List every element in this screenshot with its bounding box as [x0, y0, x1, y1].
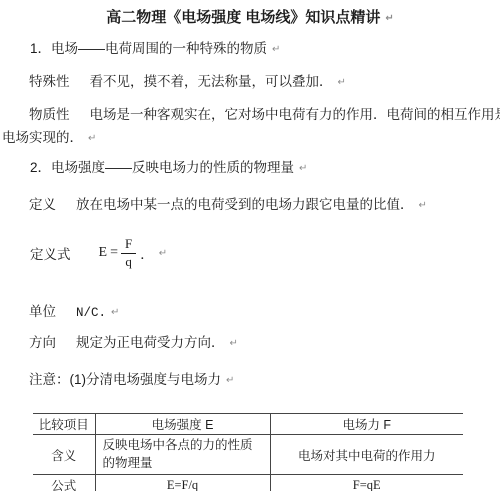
formula-label: 定义式 [30, 243, 71, 263]
row-formula-label: 公式 [33, 475, 95, 491]
unit-value: N/C. [76, 306, 106, 320]
paragraph-mark: ↵ [338, 77, 346, 88]
material-property-text: 电场是一种客观实在，它对场中电荷有力的作用．电荷间的相互作用是通过 [90, 107, 500, 122]
formula-lhs: E [99, 245, 108, 261]
paragraph-mark: ↵ [385, 13, 393, 24]
row-formula-f: F=qE [270, 475, 463, 491]
paragraph-mark: ↵ [111, 307, 119, 318]
paragraph-mark: ↵ [419, 200, 427, 211]
page-title: 高二物理《电场强度 电场线》知识点精讲↵ [0, 6, 500, 27]
document-page: 高二物理《电场强度 电场线》知识点精讲↵ 1．电场——电荷周围的一种特殊的物质↵… [0, 0, 500, 491]
paragraph-mark: ↵ [299, 163, 307, 174]
row-formula-e: E=F/q [95, 475, 270, 491]
material-property-label: 物质性 [29, 103, 70, 123]
equals-sign: = [110, 245, 118, 261]
fraction-denominator: q [121, 254, 136, 270]
definition-label: 定义 [29, 193, 56, 213]
fraction-numerator: F [121, 237, 136, 254]
special-property-text: 看不见，摸不着，无法称量，可以叠加． [90, 74, 333, 89]
table-header-row: 比较项目 电场强度 E 电场力 F [33, 414, 463, 435]
list-item-1: 1．电场——电荷周围的一种特殊的物质↵ [30, 37, 280, 57]
page-title-text: 高二物理《电场强度 电场线》知识点精讲 [106, 9, 380, 26]
paragraph-mark: ↵ [230, 338, 238, 349]
material-property-continuation: 电场实现的．↵ [2, 126, 96, 146]
special-property-label: 特殊性 [29, 70, 70, 90]
paragraph-mark: ↵ [226, 375, 234, 386]
material-property-cont-text: 电场实现的． [2, 130, 83, 145]
note-text: 注意：(1)分清电场强度与电场力 [29, 372, 221, 387]
direction-label: 方向 [29, 331, 56, 351]
row-meaning-f: 电场对其中电荷的作用力 [270, 435, 463, 475]
fraction: Fq [121, 237, 136, 270]
row-meaning-e: 反映电场中各点的力的性质的物理量 [95, 435, 270, 475]
paragraph-mark: ↵ [159, 248, 167, 259]
list-item-2: 2．电场强度——反映电场力的性质的物理量↵ [30, 156, 307, 176]
paragraph-mark: ↵ [272, 44, 280, 55]
unit-line: 单位N/C.↵ [29, 300, 119, 320]
definition-line: 定义放在电场中某一点的电荷受到的电场力跟它电量的比值．↵ [29, 193, 427, 213]
header-field-force: 电场力 F [270, 414, 463, 435]
direction-line: 方向规定为正电荷受力方向．↵ [29, 331, 238, 351]
header-compare-item: 比较项目 [33, 414, 95, 435]
list-item-1-text: 1．电场——电荷周围的一种特殊的物质 [30, 41, 267, 56]
formula-line: 定义式 E = Fq ． ↵ [30, 237, 167, 270]
formula-period: ． [140, 243, 154, 263]
list-item-2-text: 2．电场强度——反映电场力的性质的物理量 [30, 160, 294, 175]
paragraph-mark: ↵ [88, 133, 96, 144]
row-meaning-label: 含义 [33, 435, 95, 475]
material-property-line: 物质性电场是一种客观实在，它对场中电荷有力的作用．电荷间的相互作用是通过 [29, 103, 500, 123]
table-row-formula: 公式 E=F/q F=qE [33, 475, 463, 491]
direction-text: 规定为正电荷受力方向． [76, 335, 225, 350]
definition-text: 放在电场中某一点的电荷受到的电场力跟它电量的比值． [76, 197, 414, 212]
special-property-line: 特殊性看不见，摸不着，无法称量，可以叠加．↵ [29, 70, 346, 90]
note-line: 注意：(1)分清电场强度与电场力↵ [29, 368, 234, 388]
comparison-table: 比较项目 电场强度 E 电场力 F 含义 反映电场中各点的力的性质的物理量 电场… [33, 413, 463, 491]
table-row-meaning: 含义 反映电场中各点的力的性质的物理量 电场对其中电荷的作用力 [33, 435, 463, 475]
unit-label: 单位 [29, 300, 56, 320]
header-field-strength: 电场强度 E [95, 414, 270, 435]
